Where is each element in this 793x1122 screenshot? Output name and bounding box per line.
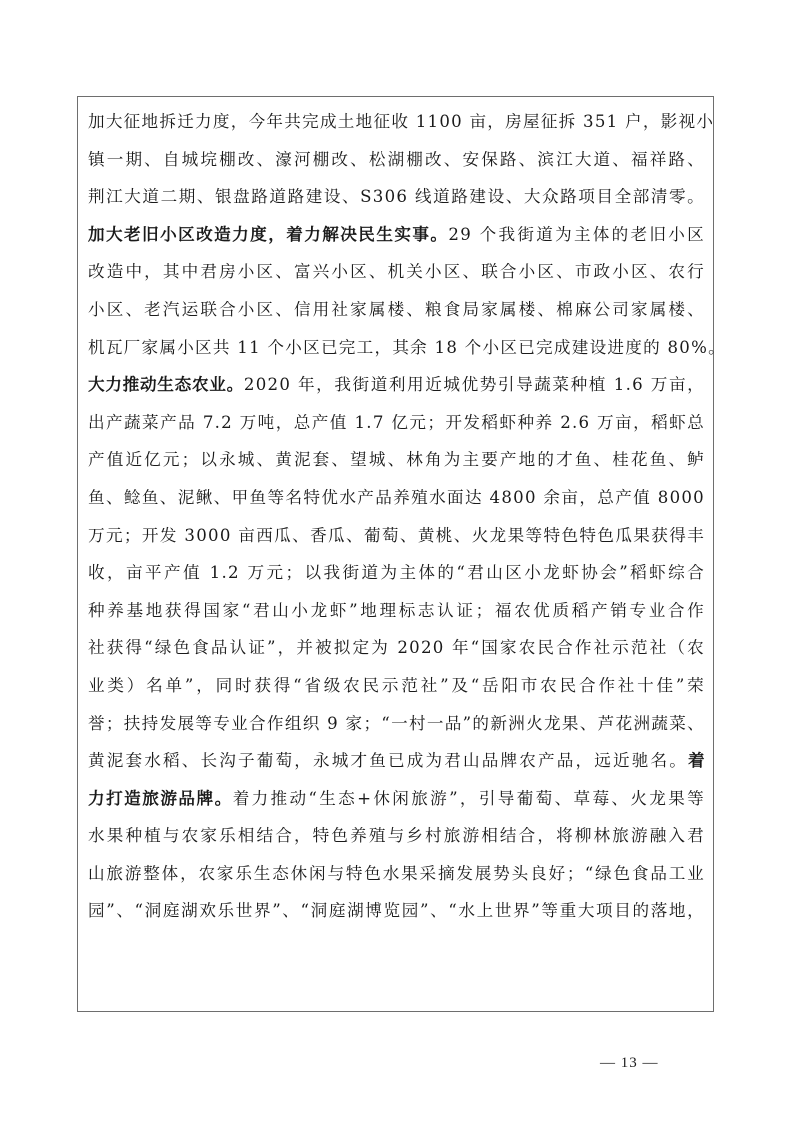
page-number: — 13 — — [600, 1055, 659, 1072]
text-line: 荆江大道二期、银盘路道路建设、S306 线道路建设、大众路项目全部清零。 — [88, 178, 705, 216]
bold-heading-text: 加大老旧小区改造力度，着力解决民生实事。 — [88, 225, 448, 244]
text-line: 誉；扶持发展等专业合作组织 9 家；“一村一品”的新洲火龙果、芦花洲蔬菜、 — [88, 705, 705, 743]
body-text: 机瓦厂家属小区共 11 个小区已完工，其余 18 个小区已完成建设进度的 80%… — [88, 338, 726, 357]
text-line: 力打造旅游品牌。着力推动“生态+休闲旅游”，引导葡萄、草莓、火龙果等 — [88, 780, 705, 818]
text-line: 种养基地获得国家“君山小龙虾”地理标志认证；福农优质稻产销专业合作 — [88, 592, 705, 630]
text-line: 水果种植与农家乐相结合，特色养殖与乡村旅游相结合，将柳林旅游融入君 — [88, 817, 705, 855]
text-line: 山旅游整体，农家乐生态休闲与特色水果采摘发展势头良好；“绿色食品工业 — [88, 855, 705, 893]
text-line: 加大老旧小区改造力度，着力解决民生实事。29 个我街道为主体的老旧小区 — [88, 216, 705, 254]
body-text: 加大征地拆迁力度，今年共完成土地征收 1100 亩，房屋征拆 351 户，影视小 — [88, 112, 714, 131]
body-text: 出产蔬菜产品 7.2 万吨，总产值 1.7 亿元；开发稻虾种养 2.6 万亩，稻… — [88, 413, 705, 432]
body-text: 镇一期、自城垸棚改、濠河棚改、松湖棚改、安保路、滨江大道、福祥路、 — [88, 150, 705, 169]
body-text: 黄泥套水稻、长沟子葡萄，永城才鱼已成为君山品牌农产品，远近驰名。 — [88, 751, 688, 770]
bold-heading-text: 着 — [688, 751, 705, 770]
body-text: 2020 年，我街道利用近城优势引导蔬菜种植 1.6 万亩， — [244, 375, 705, 394]
bold-heading-text: 力打造旅游品牌。 — [88, 789, 233, 808]
text-line: 黄泥套水稻、长沟子葡萄，永城才鱼已成为君山品牌农产品，远近驰名。着 — [88, 742, 705, 780]
bold-heading-text: 大力推动生态农业。 — [88, 375, 244, 394]
text-line: 镇一期、自城垸棚改、濠河棚改、松湖棚改、安保路、滨江大道、福祥路、 — [88, 141, 705, 179]
body-text: 种养基地获得国家“君山小龙虾”地理标志认证；福农优质稻产销专业合作 — [88, 601, 705, 620]
body-text: 29 个我街道为主体的老旧小区 — [448, 225, 705, 244]
text-line: 大力推动生态农业。2020 年，我街道利用近城优势引导蔬菜种植 1.6 万亩， — [88, 366, 705, 404]
text-line: 万元；开发 3000 亩西瓜、香瓜、葡萄、黄桃、火龙果等特色特色瓜果获得丰 — [88, 517, 705, 555]
text-line: 改造中，其中君房小区、富兴小区、机关小区、联合小区、市政小区、农行 — [88, 253, 705, 291]
document-body: 加大征地拆迁力度，今年共完成土地征收 1100 亩，房屋征拆 351 户，影视小… — [88, 103, 705, 930]
body-text: 鱼、鲶鱼、泥鳅、甲鱼等名特优水产品养殖水面达 4800 余亩，总产值 8000 — [88, 488, 705, 507]
body-text: 收，亩平产值 1.2 万元；以我街道为主体的“君山区小龙虾协会”稻虾综合 — [88, 563, 705, 582]
text-line: 产值近亿元；以永城、黄泥套、望城、林角为主要产地的才鱼、桂花鱼、鲈 — [88, 441, 705, 479]
body-text: 着力推动“生态+休闲旅游”，引导葡萄、草莓、火龙果等 — [233, 789, 705, 808]
body-text: 园”、“洞庭湖欢乐世界”、“洞庭湖博览园”、“水上世界”等重大项目的落地， — [88, 901, 705, 920]
body-text: 改造中，其中君房小区、富兴小区、机关小区、联合小区、市政小区、农行 — [88, 262, 705, 281]
text-line: 收，亩平产值 1.2 万元；以我街道为主体的“君山区小龙虾协会”稻虾综合 — [88, 554, 705, 592]
text-line: 小区、老汽运联合小区、信用社家属楼、粮食局家属楼、棉麻公司家属楼、 — [88, 291, 705, 329]
text-line: 社获得“绿色食品认证”，并被拟定为 2020 年“国家农民合作社示范社（农 — [88, 629, 705, 667]
text-line: 鱼、鲶鱼、泥鳅、甲鱼等名特优水产品养殖水面达 4800 余亩，总产值 8000 — [88, 479, 705, 517]
document-text-frame: 加大征地拆迁力度，今年共完成土地征收 1100 亩，房屋征拆 351 户，影视小… — [77, 96, 714, 1012]
text-line: 业类）名单”，同时获得“省级农民示范社”及“岳阳市农民合作社十佳”荣 — [88, 667, 705, 705]
body-text: 社获得“绿色食品认证”，并被拟定为 2020 年“国家农民合作社示范社（农 — [88, 638, 705, 657]
body-text: 山旅游整体，农家乐生态休闲与特色水果采摘发展势头良好；“绿色食品工业 — [88, 864, 705, 883]
body-text: 万元；开发 3000 亩西瓜、香瓜、葡萄、黄桃、火龙果等特色特色瓜果获得丰 — [88, 526, 705, 545]
body-text: 产值近亿元；以永城、黄泥套、望城、林角为主要产地的才鱼、桂花鱼、鲈 — [88, 450, 705, 469]
text-line: 机瓦厂家属小区共 11 个小区已完工，其余 18 个小区已完成建设进度的 80%… — [88, 329, 705, 367]
text-line: 出产蔬菜产品 7.2 万吨，总产值 1.7 亿元；开发稻虾种养 2.6 万亩，稻… — [88, 404, 705, 442]
body-text: 业类）名单”，同时获得“省级农民示范社”及“岳阳市农民合作社十佳”荣 — [88, 676, 705, 695]
body-text: 水果种植与农家乐相结合，特色养殖与乡村旅游相结合，将柳林旅游融入君 — [88, 826, 705, 845]
text-line: 园”、“洞庭湖欢乐世界”、“洞庭湖博览园”、“水上世界”等重大项目的落地， — [88, 892, 705, 930]
text-line: 加大征地拆迁力度，今年共完成土地征收 1100 亩，房屋征拆 351 户，影视小 — [88, 103, 705, 141]
body-text: 誉；扶持发展等专业合作组织 9 家；“一村一品”的新洲火龙果、芦花洲蔬菜、 — [88, 714, 705, 733]
body-text: 小区、老汽运联合小区、信用社家属楼、粮食局家属楼、棉麻公司家属楼、 — [88, 300, 705, 319]
body-text: 荆江大道二期、银盘路道路建设、S306 线道路建设、大众路项目全部清零。 — [88, 187, 705, 206]
